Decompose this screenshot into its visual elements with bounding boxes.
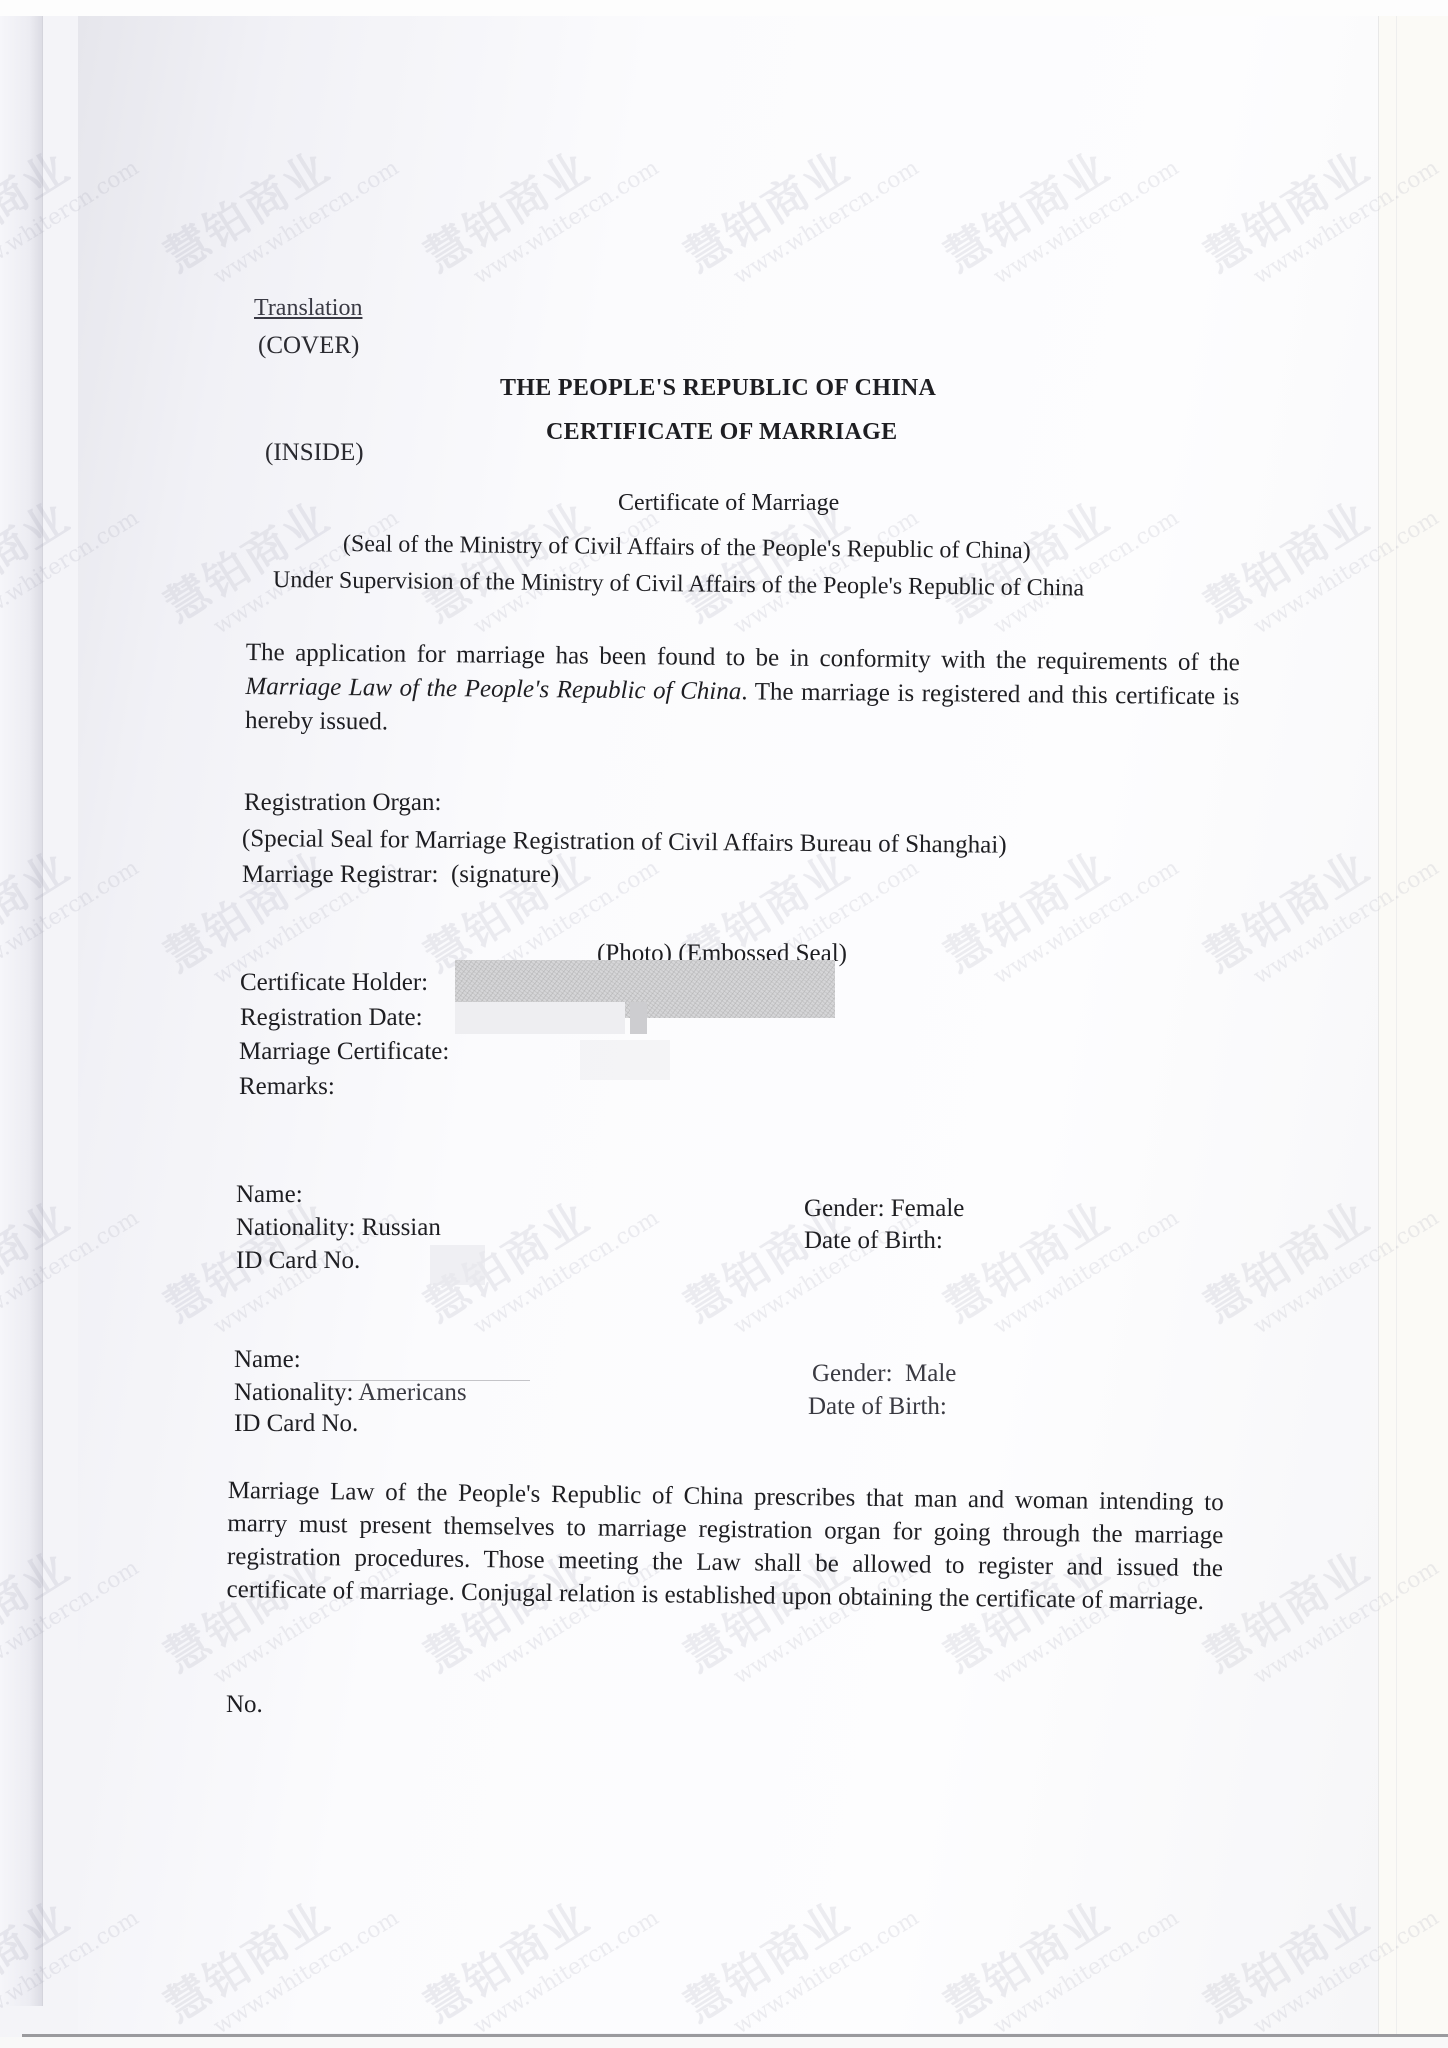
page-left-edge [0, 16, 43, 2006]
intro-paragraph: The application for marriage has been fo… [245, 636, 1240, 748]
page-right-edge-line [1396, 16, 1397, 2046]
male-name-label: Name: [234, 1347, 301, 1372]
female-nationality-label: Nationality: [236, 1214, 355, 1241]
registration-seal-text: (Special Seal for Marriage Registration … [242, 826, 1007, 858]
redacted-date-block [630, 1002, 647, 1034]
female-name-label: Name: [236, 1182, 303, 1207]
scan-top-margin [0, 0, 1448, 16]
document-title-line2: CERTIFICATE OF MARRIAGE [546, 420, 897, 444]
male-nationality-value: Americans [358, 1379, 466, 1406]
male-nationality-label: Nationality: [234, 1379, 353, 1406]
page-right-edge [1378, 16, 1448, 2046]
cover-label: (COVER) [258, 333, 359, 358]
male-nationality: Nationality: Americans [234, 1380, 467, 1405]
scan-bottom-margin [0, 2037, 1448, 2048]
female-dob-label: Date of Birth: [804, 1228, 943, 1253]
redacted-date [455, 1002, 625, 1034]
registration-date-label: Registration Date: [240, 1005, 423, 1030]
redacted-certificate-no [580, 1040, 670, 1080]
subtitle-certificate: Certificate of Marriage [618, 491, 839, 515]
marriage-registrar-label: Marriage Registrar: (signature) [242, 862, 559, 887]
female-gender-label: Gender: [804, 1195, 885, 1222]
female-nationality: Nationality: Russian [236, 1215, 441, 1240]
registration-organ-label: Registration Organ: [244, 790, 441, 815]
male-dob-label: Date of Birth: [808, 1394, 947, 1419]
intro-text-part1: The application for marriage has been fo… [246, 639, 1240, 676]
female-id-label: ID Card No. [236, 1248, 360, 1273]
translation-label: Translation [254, 296, 362, 320]
redacted-id-female [430, 1245, 485, 1285]
registrar-label-text: Marriage Registrar: [242, 861, 438, 888]
intro-law-title: Marriage Law of the People's Republic of… [245, 673, 741, 705]
remarks-label: Remarks: [239, 1074, 335, 1099]
registrar-signature: (signature) [451, 861, 559, 888]
marriage-law-paragraph: Marriage Law of the People's Republic of… [226, 1474, 1224, 1618]
female-gender-value: Female [891, 1195, 965, 1222]
female-gender: Gender: Female [804, 1196, 964, 1221]
certificate-number-label: No. [226, 1692, 263, 1717]
document-title-line1: THE PEOPLE'S REPUBLIC OF CHINA [500, 376, 936, 400]
female-nationality-value: Russian [362, 1214, 441, 1241]
marriage-certificate-label: Marriage Certificate: [239, 1039, 449, 1064]
male-gender-label: Gender: [812, 1360, 893, 1387]
certificate-holder-label: Certificate Holder: [240, 970, 428, 995]
male-gender: Gender: Male [812, 1361, 956, 1386]
male-id-label: ID Card No. [234, 1411, 358, 1436]
inside-label: (INSIDE) [265, 440, 364, 465]
male-gender-value: Male [905, 1360, 956, 1387]
